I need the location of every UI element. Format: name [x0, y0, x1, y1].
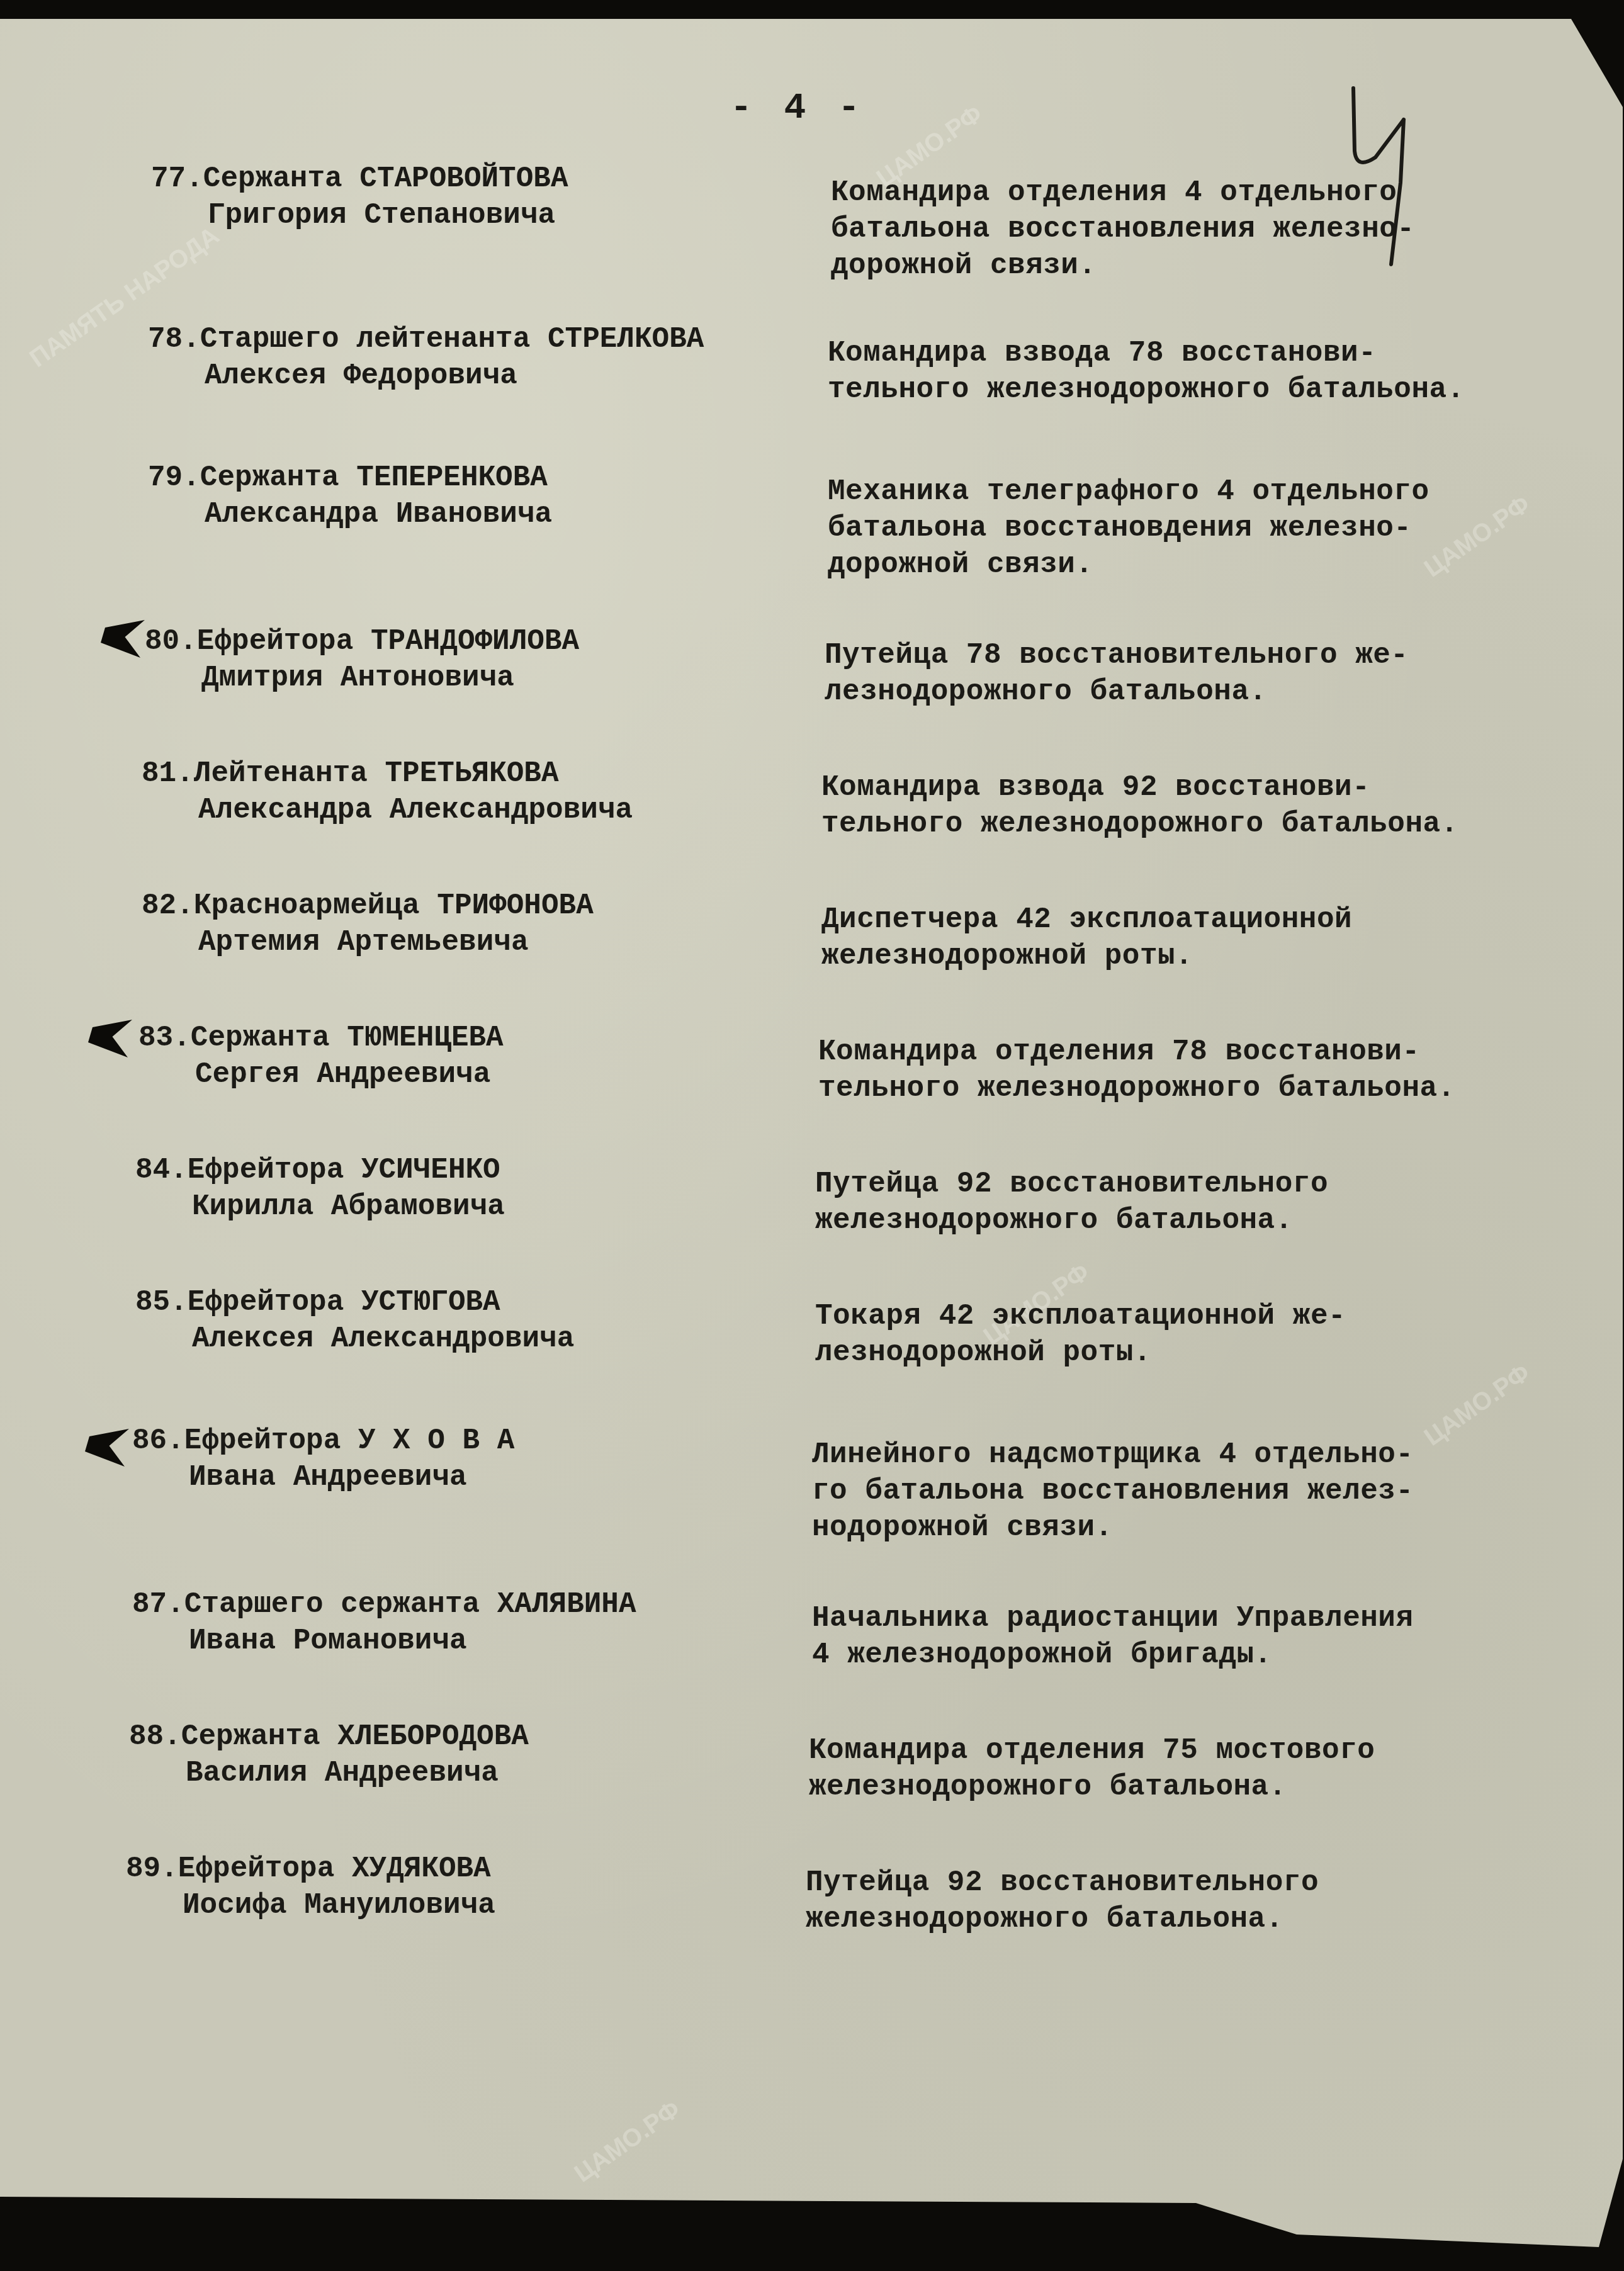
given-name: Кирилла Абрамовича — [135, 1188, 505, 1225]
position: Токаря 42 эксплоатационной же- лезнодоро… — [815, 1298, 1539, 1371]
surname: ТЮМЕНЦЕВА — [347, 1022, 503, 1054]
position: Командира отделения 4 отдельного батальо… — [831, 174, 1555, 284]
given-name: Ивана Романовича — [132, 1623, 636, 1659]
position: Механика телеграфного 4 отдельного батал… — [828, 473, 1552, 583]
position: Командира взвода 92 восстанови- тельного… — [821, 769, 1545, 842]
paper-damage — [101, 620, 145, 658]
position: Командира взвода 78 восстанови- тельного… — [828, 335, 1552, 408]
position: Путейца 92 восстановительного железнодор… — [806, 1864, 1530, 1937]
surname: ТРЕТЬЯКОВА — [385, 757, 558, 790]
position: Начальника радиостанции Управления 4 жел… — [812, 1600, 1536, 1673]
position: Линейного надсмотрщика 4 отдельно- го ба… — [812, 1436, 1536, 1546]
given-name: Григория Степановича — [151, 197, 568, 234]
position: Командира отделения 75 мостового железно… — [809, 1732, 1533, 1805]
position: Путейца 92 восстановительного железнодор… — [815, 1166, 1539, 1239]
position: Путейца 78 восстановительного же- лезнод… — [825, 637, 1548, 710]
surname: ТРАНДОФИЛОВА — [371, 625, 579, 658]
surname: ТЕПЕРЕНКОВА — [356, 461, 548, 494]
surname: УСИЧЕНКО — [361, 1154, 500, 1186]
given-name: Артемия Артемьевича — [142, 924, 594, 961]
paper-damage — [88, 1020, 132, 1057]
watermark: ЦАМО.РФ — [570, 2095, 686, 2188]
position: Диспетчера 42 эксплоатационной железнодо… — [821, 901, 1545, 974]
given-name: Алексея Александровича — [135, 1321, 574, 1357]
page-number: - 4 - — [730, 88, 865, 129]
surname: ХУДЯКОВА — [352, 1852, 491, 1885]
surname: ТРИФОНОВА — [437, 889, 593, 922]
given-name: Сергея Андреевича — [138, 1056, 504, 1093]
given-name: Александра Ивановича — [148, 496, 552, 533]
document-page: ПАМЯТЬ НАРОДА ЦАМО.РФ ЦАМО.РФ ЦАМО.РФ ЦА… — [0, 19, 1623, 2247]
paper-damage — [85, 1429, 129, 1467]
given-name: Ивана Андреевича — [132, 1459, 514, 1496]
given-name: Алексея Федоровича — [148, 358, 704, 394]
given-name: Александра Александровича — [142, 792, 633, 828]
given-name: Василия Андреевича — [129, 1755, 529, 1791]
surname: СТРЕЛКОВА — [548, 323, 704, 356]
given-name: Дмитрия Антоновича — [145, 660, 579, 696]
surname: УСТЮГОВА — [361, 1286, 500, 1319]
position: Командира отделения 78 восстанови- тельн… — [818, 1034, 1542, 1107]
surname: У Х О В А — [358, 1424, 514, 1457]
surname: СТАРОВОЙТОВА — [359, 162, 568, 195]
given-name: Иосифа Мануиловича — [126, 1887, 495, 1924]
surname: ХЛЕБОРОДОВА — [337, 1720, 529, 1753]
surname: ХАЛЯВИНА — [497, 1588, 636, 1621]
